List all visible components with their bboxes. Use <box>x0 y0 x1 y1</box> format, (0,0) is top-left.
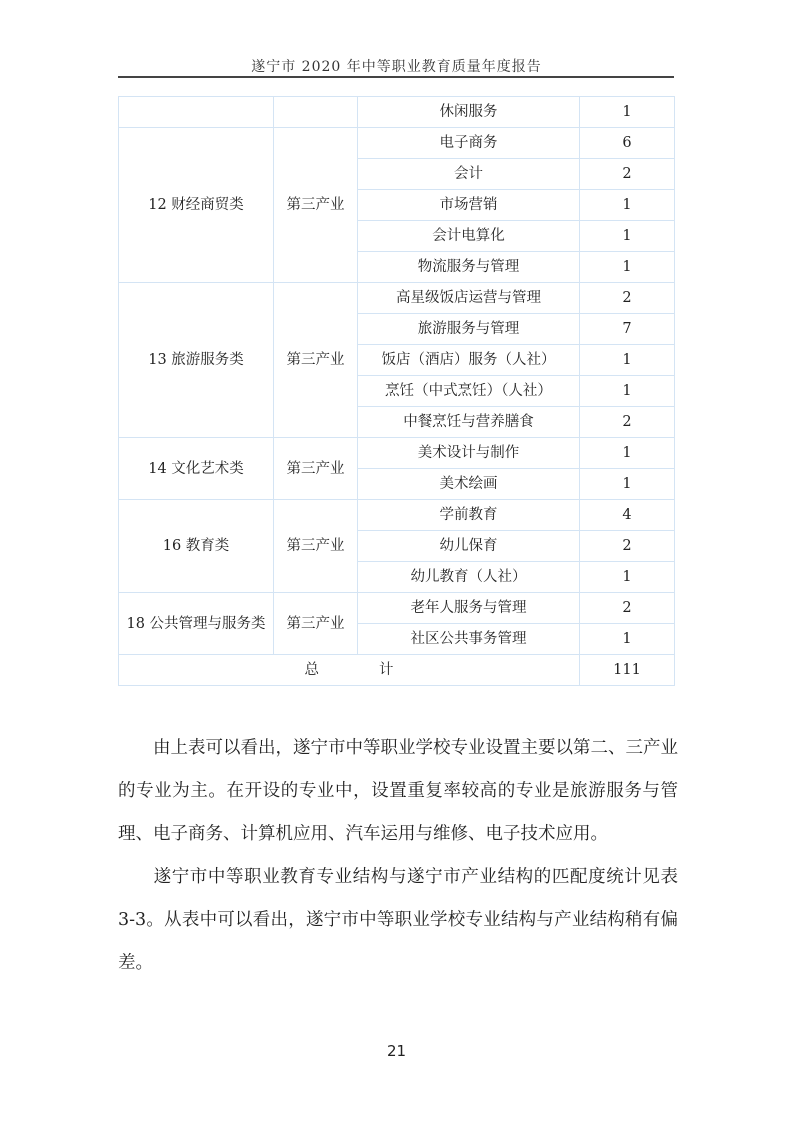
major-count-cell: 2 <box>580 283 675 314</box>
major-name-cell: 学前教育 <box>358 500 580 531</box>
major-count-cell: 2 <box>580 593 675 624</box>
major-count-cell: 4 <box>580 500 675 531</box>
running-header-title: 遂宁市 2020 年中等职业教育质量年度报告 <box>0 56 793 76</box>
major-count-cell: 1 <box>580 190 675 221</box>
major-name-cell: 会计电算化 <box>358 221 580 252</box>
major-name-cell: 休闲服务 <box>358 97 580 128</box>
majors-table: 休闲服务 1 12 财经商贸类 第三产业 电子商务 6 会计 2 市场营销 1 … <box>118 96 675 686</box>
major-count-cell: 2 <box>580 531 675 562</box>
table-row: 16 教育类 第三产业 学前教育 4 <box>119 500 675 531</box>
industry-cell: 第三产业 <box>274 593 358 655</box>
table-row: 休闲服务 1 <box>119 97 675 128</box>
major-name-cell: 市场营销 <box>358 190 580 221</box>
major-count-cell: 2 <box>580 407 675 438</box>
total-label-cell: 总计 <box>119 655 580 686</box>
major-name-cell: 老年人服务与管理 <box>358 593 580 624</box>
category-cell <box>119 97 274 128</box>
major-name-cell: 饭店（酒店）服务（人社） <box>358 345 580 376</box>
major-name-cell: 美术设计与制作 <box>358 438 580 469</box>
major-count-cell: 2 <box>580 159 675 190</box>
major-count-cell: 1 <box>580 97 675 128</box>
page-number: 21 <box>0 1042 793 1060</box>
industry-cell: 第三产业 <box>274 283 358 438</box>
major-name-cell: 烹饪（中式烹饪）（人社） <box>358 376 580 407</box>
major-count-cell: 7 <box>580 314 675 345</box>
major-count-cell: 1 <box>580 252 675 283</box>
major-name-cell: 社区公共事务管理 <box>358 624 580 655</box>
industry-cell: 第三产业 <box>274 438 358 500</box>
industry-cell <box>274 97 358 128</box>
major-count-cell: 6 <box>580 128 675 159</box>
major-count-cell: 1 <box>580 221 675 252</box>
table-row: 18 公共管理与服务类 第三产业 老年人服务与管理 2 <box>119 593 675 624</box>
paragraph-text: 遂宁市中等职业教育专业结构与遂宁市产业结构的匹配度统计见表 3-3。从表中可以看… <box>118 867 678 973</box>
body-paragraph: 遂宁市中等职业教育专业结构与遂宁市产业结构的匹配度统计见表 3-3。从表中可以看… <box>118 856 678 985</box>
category-cell: 18 公共管理与服务类 <box>119 593 274 655</box>
major-name-cell: 幼儿保育 <box>358 531 580 562</box>
paragraph-text: 由上表可以看出，遂宁市中等职业学校专业设置主要以第二、三产业的专业为主。在开设的… <box>118 738 678 844</box>
major-name-cell: 中餐烹饪与营养膳食 <box>358 407 580 438</box>
industry-cell: 第三产业 <box>274 500 358 593</box>
total-row: 总计 111 <box>119 655 675 686</box>
major-count-cell: 1 <box>580 562 675 593</box>
total-value-cell: 111 <box>580 655 675 686</box>
major-count-cell: 1 <box>580 438 675 469</box>
table-row: 13 旅游服务类 第三产业 高星级饭店运营与管理 2 <box>119 283 675 314</box>
major-name-cell: 物流服务与管理 <box>358 252 580 283</box>
major-count-cell: 1 <box>580 469 675 500</box>
major-name-cell: 美术绘画 <box>358 469 580 500</box>
body-paragraph: 由上表可以看出，遂宁市中等职业学校专业设置主要以第二、三产业的专业为主。在开设的… <box>118 727 678 856</box>
total-label-char-1: 总 <box>305 655 320 685</box>
major-count-cell: 1 <box>580 376 675 407</box>
major-name-cell: 电子商务 <box>358 128 580 159</box>
category-cell: 13 旅游服务类 <box>119 283 274 438</box>
total-label-char-2: 计 <box>379 655 394 685</box>
category-cell: 12 财经商贸类 <box>119 128 274 283</box>
major-count-cell: 1 <box>580 624 675 655</box>
major-name-cell: 旅游服务与管理 <box>358 314 580 345</box>
major-name-cell: 高星级饭店运营与管理 <box>358 283 580 314</box>
table-row: 12 财经商贸类 第三产业 电子商务 6 <box>119 128 675 159</box>
industry-cell: 第三产业 <box>274 128 358 283</box>
table-row: 14 文化艺术类 第三产业 美术设计与制作 1 <box>119 438 675 469</box>
category-cell: 16 教育类 <box>119 500 274 593</box>
major-name-cell: 幼儿教育（人社） <box>358 562 580 593</box>
major-name-cell: 会计 <box>358 159 580 190</box>
header-divider <box>118 76 674 78</box>
category-cell: 14 文化艺术类 <box>119 438 274 500</box>
major-count-cell: 1 <box>580 345 675 376</box>
